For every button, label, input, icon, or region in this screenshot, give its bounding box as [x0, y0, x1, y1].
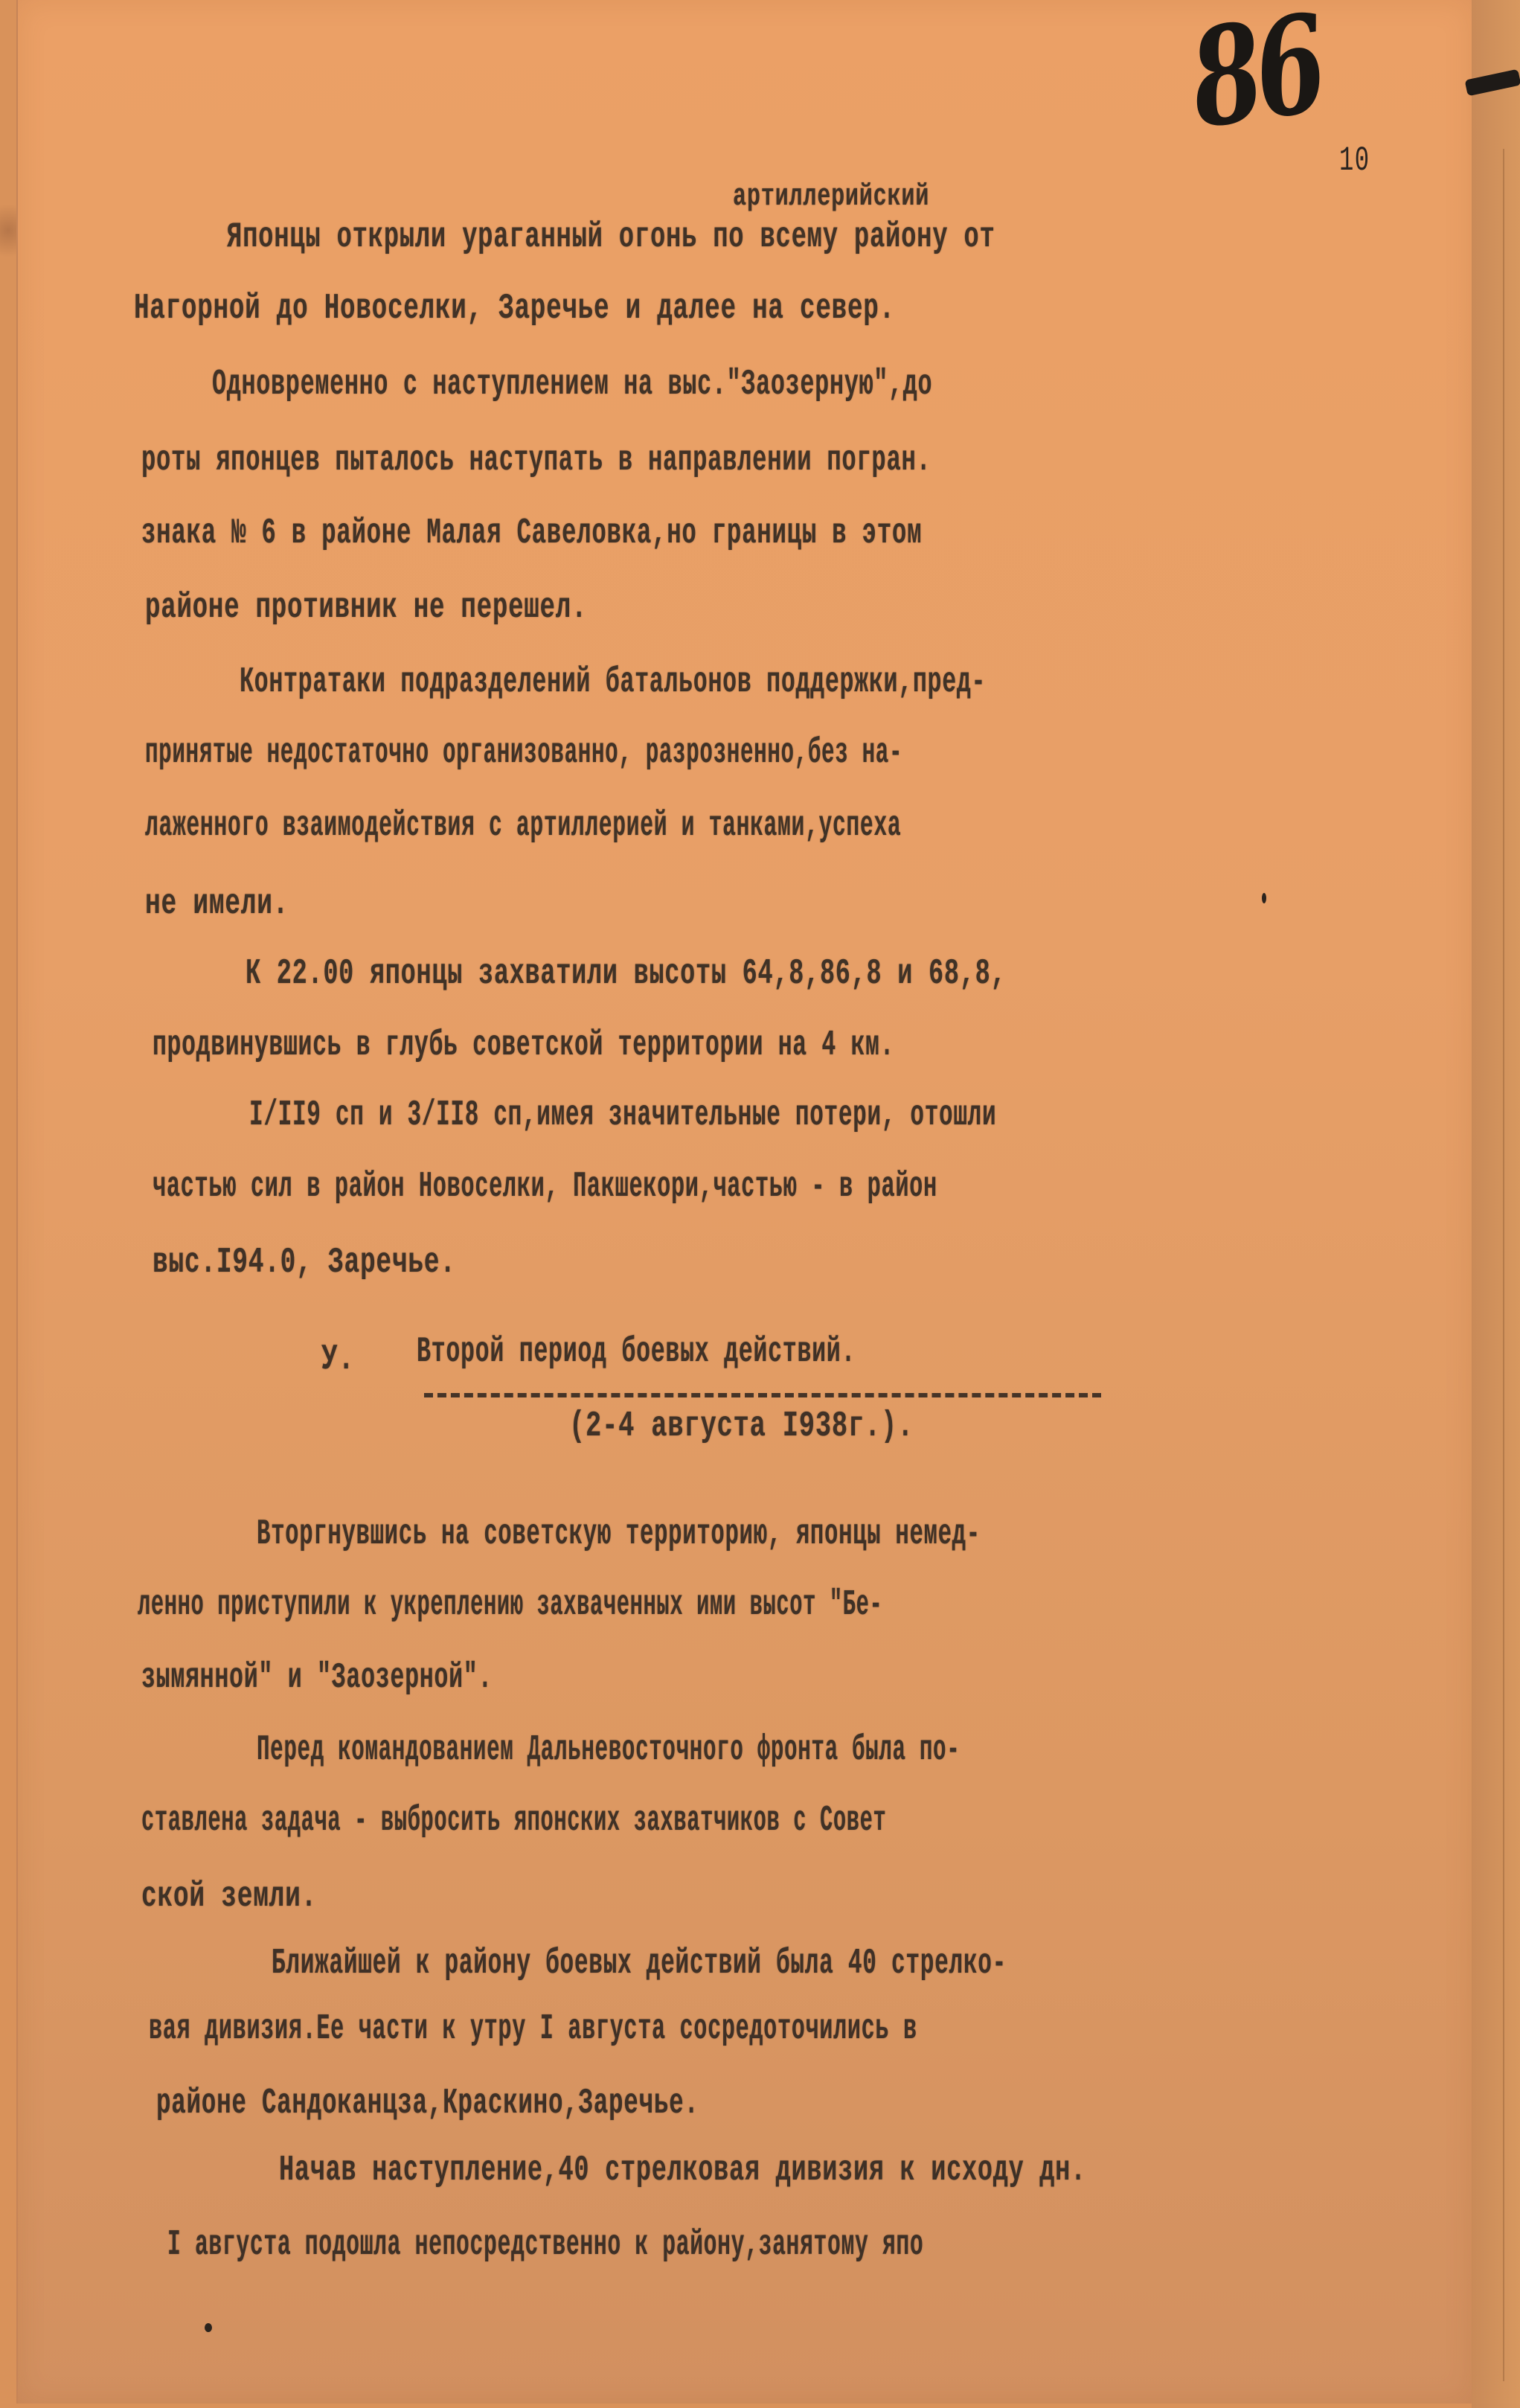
section-dates: (2-4 августа I938г.). [569, 1406, 914, 1447]
binding-mark [0, 193, 16, 268]
text-line: К 22.00 японцы захватили высоты 64,8,86,… [246, 954, 1006, 994]
text-line: Нагорной до Новоселки, Заречье и далее н… [134, 289, 895, 329]
text-line: Вторгнувшись на советскую территорию, яп… [257, 1514, 981, 1554]
archive-sheet-number: 86 [1183, 0, 1329, 147]
text-line: Ближайшей к району боевых действий была … [272, 1944, 1007, 1984]
title-underline [424, 1393, 1101, 1397]
text-line: ленно приступили к укреплению захваченны… [138, 1585, 882, 1625]
text-line: продвинувшись в глубь советской территор… [153, 1025, 894, 1066]
text-line: Перед командованием Дальневосточного фро… [257, 1730, 960, 1770]
text-line: Японцы открыли ураганный огонь по всему … [227, 217, 995, 257]
text-line: Начав наступление,40 стрелковая дивизия … [279, 2151, 1086, 2191]
underlying-page-edge [1472, 0, 1520, 2408]
text-line: роты японцев пыталось наступать в направ… [141, 441, 931, 481]
inserted-word: артиллерийский [733, 179, 929, 214]
text-line: ской земли. [141, 1877, 317, 1917]
section-numeral: У. [321, 1339, 355, 1380]
text-line: вая дивизия.Ее части к утру I августа со… [149, 2009, 917, 2049]
text-line: ставлена задача - выбросить японских зах… [141, 1801, 886, 1841]
section-title: Второй период боевых действий. [417, 1332, 856, 1372]
text-line: принятые недостаточно организованно, раз… [145, 733, 902, 773]
text-line: лаженного взаимодействия с артиллерией и… [145, 806, 901, 846]
text-line: районе противник не перешел. [145, 588, 587, 628]
text-line: знака № 6 в районе Малая Савеловка,но гр… [141, 513, 922, 554]
page-fold-line [1503, 149, 1504, 2381]
text-line: зымянной" и "Заозерной". [141, 1658, 493, 1698]
text-line: I августа подошла непосредственно к райо… [167, 2225, 923, 2265]
text-line: Одновременно с наступлением на выс."Заоз… [212, 365, 932, 405]
text-line: Контратаки подразделений батальонов подд… [240, 662, 986, 702]
text-line: частью сил в район Новоселки, Пакшекори,… [153, 1167, 937, 1207]
text-line: I/II9 сп и 3/II8 сп,имея значительные по… [249, 1095, 996, 1136]
text-line: выс.I94.0, Заречье. [153, 1243, 456, 1283]
text-line: районе Сандоканцза,Краскино,Заречье. [156, 2084, 699, 2124]
ink-spot [205, 2323, 212, 2332]
ink-spot [1262, 893, 1266, 903]
page-number: 10 [1339, 141, 1370, 180]
text-line: не имели. [145, 884, 289, 924]
